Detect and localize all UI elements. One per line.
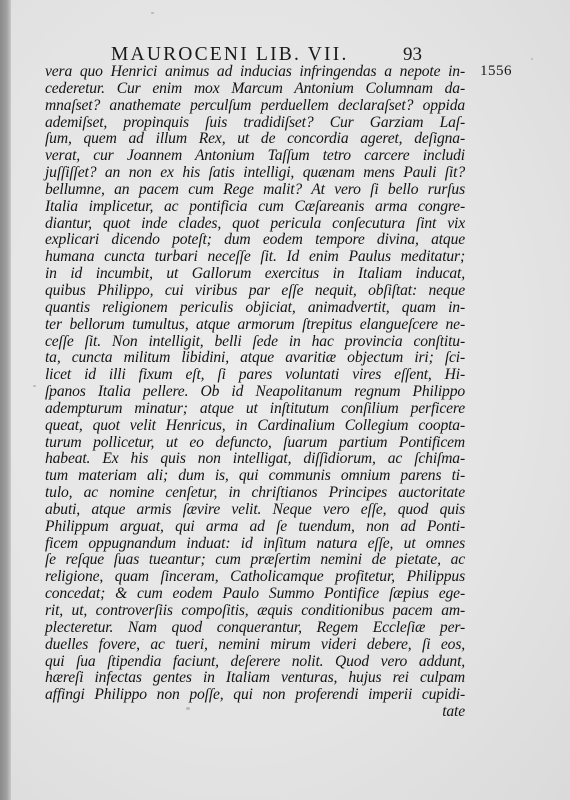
text-line: concedat; & cum eodem Paulo Summo Pontif… <box>45 586 465 603</box>
text-line: queat, quot velit Henricus, in Cardinali… <box>45 418 465 435</box>
text-line: ademiſset, propinquis ſuis tradidiſset? … <box>45 115 465 132</box>
text-line: bellumne, an pacem cum Rege malit? At ve… <box>45 182 465 199</box>
body-text: vera quo Henrici animus ad inducias infr… <box>45 64 465 721</box>
catchword: tate <box>45 704 465 721</box>
text-line: turum pollicetur, ut eo defuncto, ſuarum… <box>45 435 465 452</box>
paper-speck <box>531 58 533 60</box>
text-line: diantur, quot inde clades, quot pericula… <box>45 216 465 233</box>
text-line: Philippum arguat, qui arma ad ſe tuendum… <box>45 519 465 536</box>
book-binding-edge <box>0 0 11 800</box>
text-line: ta, cuncta militum libidini, atque avari… <box>45 350 465 367</box>
text-line: hæreſi infectas gentes in Italiam ventur… <box>45 670 465 687</box>
text-line: abuti, atque armis ſævire velit. Neque v… <box>45 502 465 519</box>
text-line: tulo, ac nomine cenſetur, in chriſtianos… <box>45 485 465 502</box>
text-line: ſpanos Italia pellere. Ob id Neapolitanu… <box>45 384 465 401</box>
text-line: cederetur. Cur enim mox Marcum Antonium … <box>45 81 465 98</box>
text-line: adempturum minatur; atque ut inſtitutum … <box>45 401 465 418</box>
text-line: mnaſset? anathemate perculſum perduellem… <box>45 98 465 115</box>
text-line: ceſſe ſit. Non intelligit, belli ſede in… <box>45 334 465 351</box>
text-line: habeat. Ex his quis non intelligat, diſſ… <box>45 451 465 468</box>
text-line: ter bellorum tumultus, atque armorum ſtr… <box>45 317 465 334</box>
text-line: ſum, quem ad illum Rex, ut de concordia … <box>45 131 465 148</box>
text-line: qui ſua ſtipendia faciunt, deſerere noli… <box>45 654 465 671</box>
text-line: duelles fovere, ac tueri, nemini mirum v… <box>45 637 465 654</box>
text-line: vera quo Henrici animus ad inducias infr… <box>45 64 465 81</box>
paper-speck <box>33 385 36 387</box>
paper-speck <box>151 12 154 14</box>
book-page: MAUROCENI LIB. VII. 93 1556 vera quo Hen… <box>11 0 570 800</box>
text-line: affingi Philippo non poſſe, qui non prof… <box>45 687 465 704</box>
text-line: Italia implicetur, ac pontificia cum Cæſ… <box>45 199 465 216</box>
text-line: religione, quam ſinceram, Catholicamque … <box>45 569 465 586</box>
text-line: rit, ut, controverſiis compoſitis, æquis… <box>45 603 465 620</box>
text-line: quibus Philippo, cui viribus par eſſe ne… <box>45 283 465 300</box>
text-line: in id incumbit, ut Gallorum exercitus in… <box>45 266 465 283</box>
text-line: juſſiſſet? an non ex his ſatis intelligi… <box>45 165 465 182</box>
text-line: tum materiam ali; dum is, qui communis o… <box>45 468 465 485</box>
text-line: quantis religionem periculis objiciat, a… <box>45 300 465 317</box>
text-line: licet id illi fixum eſt, ſi pares volunt… <box>45 367 465 384</box>
text-line: explicari dicendo poteſt; dum eodem temp… <box>45 232 465 249</box>
text-line: plecteretur. Nam quod conquerantur, Rege… <box>45 620 465 637</box>
text-line: humana cuncta turbari neceſſe ſit. Id en… <box>45 249 465 266</box>
margin-note-year: 1556 <box>480 63 512 80</box>
text-line: ſe reſque ſuas tueantur; cum præſertim n… <box>45 552 465 569</box>
text-line: ficem oppugnandum induat: id inſitum nat… <box>45 536 465 553</box>
text-line: verat, cur Joannem Antonium Taſſum tetro… <box>45 148 465 165</box>
